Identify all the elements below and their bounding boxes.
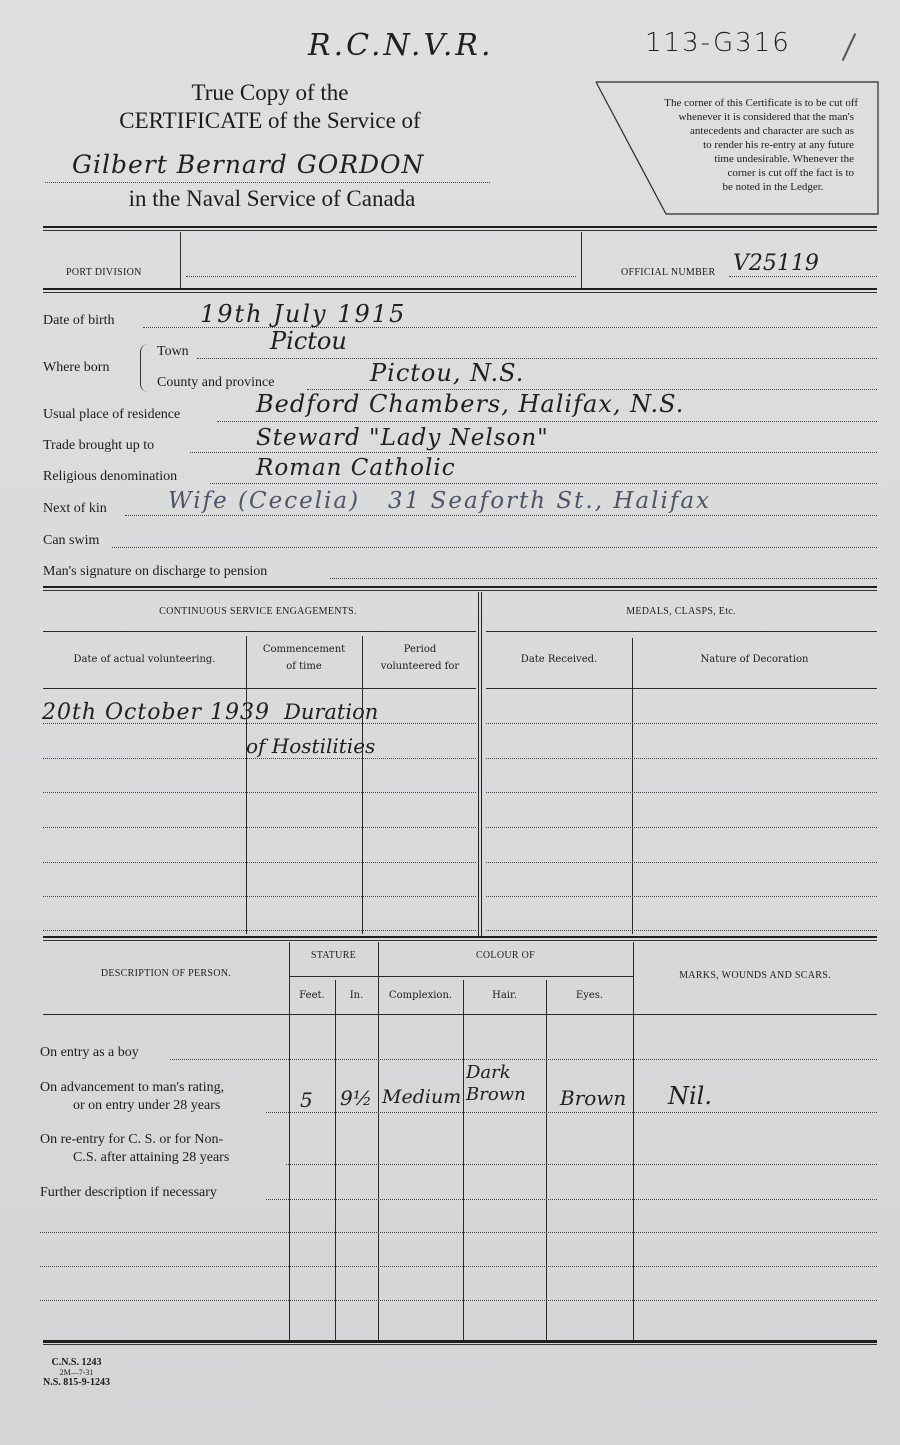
religion-field[interactable] (210, 483, 877, 484)
divider (633, 942, 634, 1340)
medals-row-line[interactable] (486, 862, 877, 863)
col-header-line: Period (362, 644, 478, 655)
col-header-line: volunteered for (362, 661, 478, 672)
row-label-further: Further description if necessary (40, 1185, 217, 1201)
eyes-value: Brown (560, 1086, 626, 1110)
divider (289, 942, 290, 1340)
description-row-line[interactable] (40, 1300, 877, 1301)
trade-value: Steward "Lady Nelson" (256, 425, 549, 451)
medals-row-line[interactable] (486, 758, 877, 759)
medals-row-line[interactable] (486, 723, 877, 724)
divider (486, 631, 877, 632)
service-commencement-value-2: of Hostilities (246, 734, 375, 758)
name-dotted-line (45, 182, 490, 183)
service-row-line[interactable] (43, 896, 476, 897)
title-line-2: CERTIFICATE of the Service of (28, 108, 512, 134)
col-header-nature: Nature of Decoration (632, 654, 877, 665)
row-label-reentry: On re-entry for C. S. or for Non- (40, 1132, 223, 1148)
service-date-value: 20th October 1939 (42, 700, 270, 725)
col-header-inches: In. (335, 990, 378, 1001)
brace (140, 344, 150, 392)
divider (43, 1014, 877, 1015)
port-division-field[interactable] (186, 276, 576, 277)
next-of-kin-value: Wife (Cecelia) 31 Seaforth St., Halifax (168, 488, 711, 514)
notice-line: whenever it is considered that the man's (610, 110, 858, 124)
form-footer: C.N.S. 1243 2M—7-31 N.S. 815-9-1243 (43, 1358, 110, 1388)
divider (632, 638, 633, 934)
service-row-line[interactable] (43, 827, 476, 828)
col-header-hair: Hair. (463, 990, 546, 1001)
service-row-line[interactable] (43, 758, 476, 759)
divider (486, 688, 877, 689)
marks-title: MARKS, WOUNDS AND SCARS. (633, 970, 877, 981)
divider (463, 980, 464, 1340)
hair-value: Dark Brown (466, 1062, 546, 1106)
next-of-kin-label: Next of kin (43, 501, 107, 517)
residence-value: Bedford Chambers, Halifax, N.S. (256, 390, 684, 418)
can-swim-field[interactable] (112, 547, 877, 548)
row-label-reentry-2: C.S. after attaining 28 years (73, 1150, 229, 1166)
feet-value: 5 (300, 1088, 313, 1112)
description-row-line[interactable] (266, 1199, 877, 1200)
county-label: County and province (157, 375, 274, 391)
notice-line: corner is cut off the fact is to (610, 166, 858, 180)
slash-mark (842, 33, 856, 61)
ns-number: N.S. 815-9-1243 (43, 1378, 110, 1388)
col-header-line: of time (246, 661, 362, 672)
residence-label: Usual place of residence (43, 407, 180, 423)
date-of-birth-label: Date of birth (43, 313, 115, 329)
where-born-label: Where born (43, 360, 109, 376)
col-header-line: Commencement (246, 644, 362, 655)
complexion-value: Medium (382, 1086, 461, 1108)
description-row-line[interactable] (266, 1112, 877, 1113)
section-divider (43, 936, 877, 941)
section-divider (43, 586, 877, 591)
signature-label: Man's signature on discharge to pension (43, 564, 267, 580)
col-header-date-volunteering: Date of actual volunteering. (43, 654, 246, 665)
section-divider-vertical (478, 592, 482, 937)
date-of-birth-value: 19th July 1915 (200, 300, 406, 328)
row-label-boy: On entry as a boy (40, 1045, 139, 1061)
divider (362, 636, 363, 934)
service-section-title: CONTINUOUS SERVICE ENGAGEMENTS. (43, 606, 473, 617)
stature-title: STATURE (289, 950, 378, 961)
title-line-3: in the Naval Service of Canada (48, 186, 496, 212)
description-row-line[interactable] (40, 1266, 877, 1267)
divider (290, 976, 633, 977)
official-number-value: V25119 (733, 251, 819, 276)
service-commencement-value: Duration (284, 700, 378, 724)
service-row-line[interactable] (43, 930, 476, 931)
town-value: Pictou (270, 327, 347, 355)
notice-line: to render his re-entry at any future (610, 138, 858, 152)
reference-number: 113-G316 (645, 28, 791, 58)
trade-field[interactable] (190, 452, 877, 453)
medals-row-line[interactable] (486, 827, 877, 828)
description-section-title: DESCRIPTION OF PERSON. (43, 968, 289, 979)
colour-title: COLOUR OF (378, 950, 633, 961)
form-number: C.N.S. 1243 (43, 1358, 110, 1368)
marks-value: Nil. (668, 1082, 712, 1110)
can-swim-label: Can swim (43, 533, 99, 549)
description-row-line[interactable] (170, 1059, 877, 1060)
official-number-field[interactable] (729, 276, 877, 277)
divider (335, 980, 336, 1340)
religion-label: Religious denomination (43, 469, 177, 485)
county-value: Pictou, N.S. (370, 359, 524, 387)
notice-line: antecedents and character are such as (610, 124, 858, 138)
bottom-border (43, 1340, 877, 1345)
signature-field[interactable] (330, 578, 877, 579)
religion-value: Roman Catholic (256, 455, 456, 481)
official-number-label: OFFICIAL NUMBER (621, 267, 715, 278)
section-divider (43, 288, 877, 293)
col-header-feet: Feet. (289, 990, 335, 1001)
medals-row-line[interactable] (486, 792, 877, 793)
col-header-complexion: Complexion. (378, 990, 463, 1001)
inches-value: 9½ (340, 1086, 372, 1110)
title-line-1: True Copy of the (40, 80, 500, 106)
medals-section-title: MEDALS, CLASPS, Etc. (485, 606, 877, 617)
col-header-period: Period volunteered for (362, 644, 478, 672)
divider (180, 232, 181, 288)
town-field[interactable] (197, 358, 877, 359)
town-label: Town (157, 344, 189, 360)
notice-line: The corner of this Certificate is to be … (610, 96, 858, 110)
port-division-label: PORT DIVISION (66, 267, 142, 278)
medals-row-line[interactable] (486, 896, 877, 897)
service-row-line[interactable] (43, 862, 476, 863)
rcnvr-annotation: R.C.N.V.R. (308, 28, 494, 63)
notice-line: time undesirable. Whenever the (610, 152, 858, 166)
col-header-commencement: Commencement of time (246, 644, 362, 672)
notice-line: be noted in the Ledger. (610, 180, 858, 194)
row-label-advancement-2: or on entry under 28 years (73, 1098, 220, 1114)
service-certificate-page: R.C.N.V.R. 113-G316 True Copy of the CER… (0, 0, 900, 1445)
divider (43, 688, 476, 689)
medals-row-line[interactable] (486, 930, 877, 931)
residence-field[interactable] (217, 421, 877, 422)
divider (546, 980, 547, 1340)
divider (43, 631, 476, 632)
corner-notice: The corner of this Certificate is to be … (610, 96, 858, 194)
trade-label: Trade brought up to (43, 438, 154, 454)
description-row-line[interactable] (40, 1232, 877, 1233)
divider (378, 942, 379, 1340)
divider (246, 636, 247, 934)
col-header-eyes: Eyes. (546, 990, 633, 1001)
row-label-advancement: On advancement to man's rating, (40, 1080, 224, 1096)
divider (581, 232, 582, 288)
description-row-line[interactable] (286, 1164, 877, 1165)
col-header-date-received: Date Received. (486, 654, 632, 665)
section-divider (43, 226, 877, 231)
service-row-line[interactable] (43, 792, 476, 793)
person-name: Gilbert Bernard GORDON (72, 150, 424, 179)
next-of-kin-field[interactable] (125, 515, 877, 516)
